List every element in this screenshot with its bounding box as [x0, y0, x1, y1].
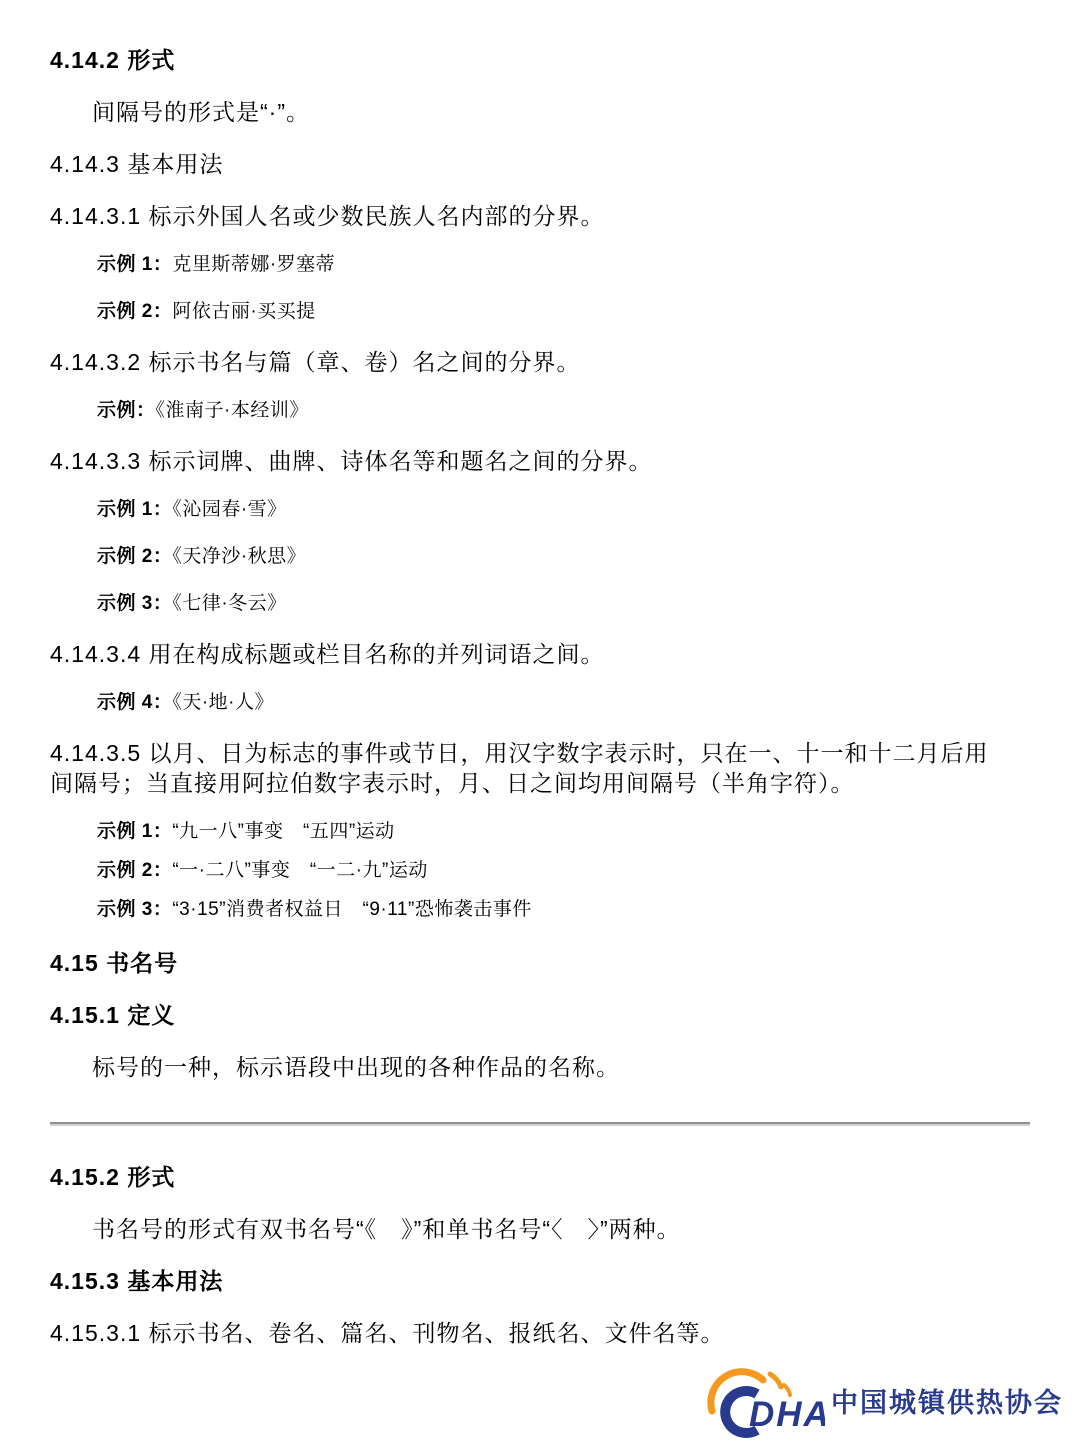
example-text: 阿依古丽·买买提	[172, 301, 315, 322]
section-heading-4-15-2: 4.15.2 形式	[50, 1162, 1030, 1192]
example-label: 示例 1：	[97, 254, 172, 275]
logo-acronym-text: DHA	[749, 1395, 825, 1434]
example-text: 克里斯蒂娜·罗塞蒂	[172, 254, 335, 275]
section-heading-4-15-3-1: 4.15.3.1 标示书名、卷名、篇名、刊物名、报纸名、文件名等。	[50, 1318, 1030, 1348]
example-item: 示例 3：《七律·冬云》	[50, 592, 1030, 616]
example-label: 示例：	[97, 400, 156, 421]
example-item: 示例 2：“一·二八”事变 “一二·九”运动	[50, 859, 1030, 883]
example-item: 示例 2：《天净沙·秋思》	[50, 545, 1030, 569]
cdha-logo: DHA 中国城镇供热协会	[705, 1366, 1063, 1440]
example-item: 示例 1：克里斯蒂娜·罗塞蒂	[50, 253, 1030, 277]
example-label: 示例 1：	[97, 499, 172, 520]
example-item: 示例 1：《沁园春·雪》	[50, 498, 1030, 522]
example-label: 示例 3：	[97, 899, 172, 920]
section-heading-4-14-2: 4.14.2 形式	[50, 45, 1030, 75]
section-heading-4-15-1: 4.15.1 定义	[50, 1000, 1030, 1030]
logo-swoosh-tick-icon	[770, 1374, 781, 1387]
example-label: 示例 4：	[97, 692, 172, 713]
example-item: 示例 1：“九一八”事变 “五四”运动	[50, 820, 1030, 844]
body-paragraph: 标号的一种，标示语段中出现的各种作品的名称。	[50, 1052, 1030, 1082]
cdha-logo-icon: DHA	[705, 1366, 825, 1440]
example-text: “3·15”消费者权益日 “9·11”恐怖袭击事件	[172, 899, 531, 920]
section-heading-4-14-3-4: 4.14.3.4 用在构成标题或栏目名称的并列词语之间。	[50, 639, 1030, 669]
section-heading-4-14-3: 4.14.3 基本用法	[50, 149, 1030, 179]
section-heading-4-14-3-5: 4.14.3.5 以月、日为标志的事件或节日，用汉字数字表示时，只在一、十一和十…	[50, 738, 1030, 798]
example-item: 示例 2：阿依古丽·买买提	[50, 300, 1030, 324]
document-page: 4.14.2 形式 间隔号的形式是“·”。 4.14.3 基本用法 4.14.3…	[0, 0, 1075, 1450]
logo-swoosh-tick-icon	[784, 1385, 790, 1395]
section-heading-4-14-3-3: 4.14.3.3 标示词牌、曲牌、诗体名等和题名之间的分界。	[50, 446, 1030, 476]
example-item: 示例 4：《天·地·人》	[50, 691, 1030, 715]
org-name-text: 中国城镇供热协会	[831, 1390, 1063, 1417]
example-item: 示例 3：“3·15”消费者权益日 “9·11”恐怖袭击事件	[50, 898, 1030, 922]
section-heading-4-15: 4.15 书名号	[50, 948, 1030, 978]
page-break-divider	[50, 1122, 1030, 1126]
example-label: 示例 2：	[97, 546, 172, 567]
body-paragraph: 间隔号的形式是“·”。	[50, 97, 1030, 127]
example-text: 《淮南子·本经训》	[156, 400, 309, 421]
document-content: 4.14.2 形式 间隔号的形式是“·”。 4.14.3 基本用法 4.14.3…	[0, 0, 1075, 1348]
section-heading-4-14-3-2: 4.14.3.2 标示书名与篇（章、卷）名之间的分界。	[50, 347, 1030, 377]
section-heading-4-15-3: 4.15.3 基本用法	[50, 1266, 1030, 1296]
example-text: 《七律·冬云》	[172, 593, 286, 614]
example-label: 示例 3：	[97, 593, 172, 614]
example-text: 《天净沙·秋思》	[172, 546, 306, 567]
example-item: 示例：《淮南子·本经训》	[50, 399, 1030, 423]
example-label: 示例 1：	[97, 821, 172, 842]
example-text: 《天·地·人》	[172, 692, 274, 713]
example-text: 《沁园春·雪》	[172, 499, 286, 520]
example-label: 示例 2：	[97, 860, 172, 881]
example-text: “一·二八”事变 “一二·九”运动	[172, 860, 427, 881]
example-label: 示例 2：	[97, 301, 172, 322]
section-heading-4-14-3-1: 4.14.3.1 标示外国人名或少数民族人名内部的分界。	[50, 201, 1030, 231]
example-text: “九一八”事变 “五四”运动	[172, 821, 394, 842]
body-paragraph: 书名号的形式有双书名号“《 》”和单书名号“〈 〉”两种。	[50, 1214, 1030, 1244]
